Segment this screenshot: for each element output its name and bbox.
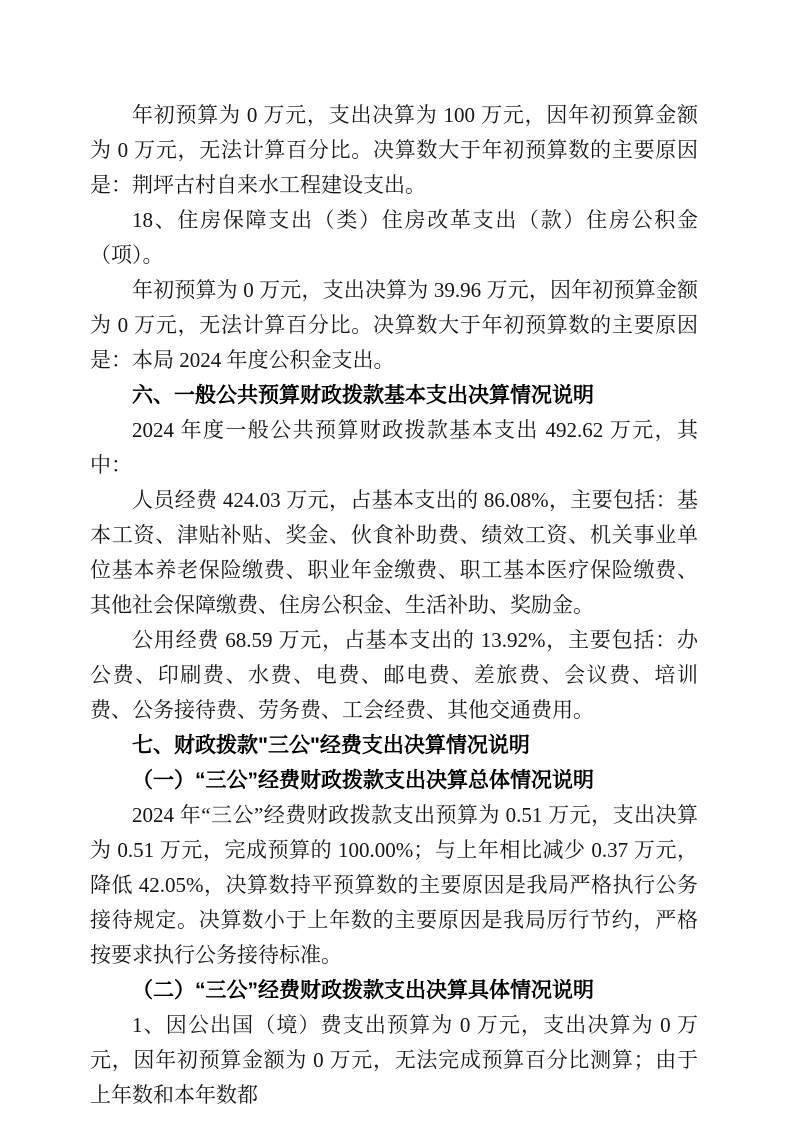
paragraph: 2024 年度一般公共预算财政拨款基本支出 492.62 万元，其中： bbox=[90, 413, 698, 483]
paragraph: 年初预算为 0 万元，支出决算为 39.96 万元，因年初预算金额为 0 万元，… bbox=[90, 273, 698, 378]
section-heading: 七、财政拨款"三公"经费支出决算情况说明 bbox=[90, 728, 698, 763]
section-heading: 六、一般公共预算财政拨款基本支出决算情况说明 bbox=[90, 378, 698, 413]
section-heading: （一）“三公”经费财政拨款支出决算总体情况说明 bbox=[90, 763, 698, 798]
paragraph: 1、因公出国（境）费支出预算为 0 万元，支出决算为 0 万元，因年初预算金额为… bbox=[90, 1008, 698, 1113]
paragraph: 人员经费 424.03 万元，占基本支出的 86.08%，主要包括：基本工资、津… bbox=[90, 483, 698, 623]
paragraph: 公用经费 68.59 万元，占基本支出的 13.92%，主要包括：办公费、印刷费… bbox=[90, 623, 698, 728]
document-page: 年初预算为 0 万元，支出决算为 100 万元，因年初预算金额为 0 万元，无法… bbox=[0, 0, 793, 1122]
paragraph: 2024 年“三公”经费财政拨款支出预算为 0.51 万元，支出决算为 0.51… bbox=[90, 798, 698, 973]
section-heading: （二）“三公”经费财政拨款支出决算具体情况说明 bbox=[90, 973, 698, 1008]
document-body: 年初预算为 0 万元，支出决算为 100 万元，因年初预算金额为 0 万元，无法… bbox=[90, 98, 698, 1113]
paragraph: 18、住房保障支出（类）住房改革支出（款）住房公积金（项）。 bbox=[90, 203, 698, 273]
paragraph: 年初预算为 0 万元，支出决算为 100 万元，因年初预算金额为 0 万元，无法… bbox=[90, 98, 698, 203]
